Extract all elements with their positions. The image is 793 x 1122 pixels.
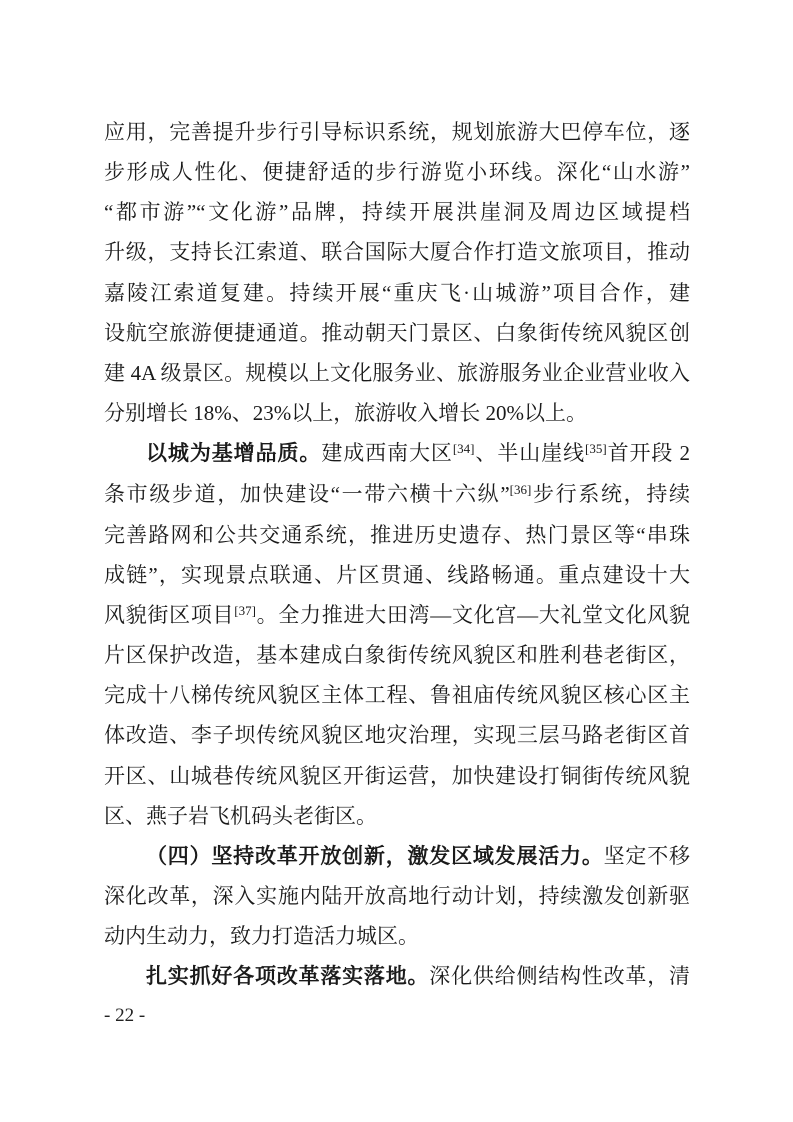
body-run: 建成西南大区 <box>321 441 453 465</box>
section-heading: （四）坚持改革开放创新，激发区域发展活力。 <box>146 844 604 868</box>
body-run: 深化供给侧结构性改革，清 <box>429 964 690 988</box>
text-line-06: 设航空旅游便捷通道。推动朝天门景区、白象街传统风貌区创 <box>104 313 690 353</box>
text-line-18: 区、燕子岩飞机码头老街区。 <box>104 796 690 836</box>
text-line-10: 条市级步道，加快建设“一带六横十六纵”[36]步行系统，持续 <box>104 474 690 514</box>
body-run: 条市级步道，加快建设“一带六横十六纵” <box>104 482 510 506</box>
body-run: 步行系统，持续 <box>531 482 690 506</box>
text-line-08: 分别增长 18%、23%以上，旅游收入增长 20%以上。 <box>104 393 690 433</box>
body-run: 。全力推进大田湾—文化宫—大礼堂文化风貌 <box>256 603 690 627</box>
text-line-21: 动内生动力，致力打造活力城区。 <box>104 916 690 956</box>
text-line-15: 完成十八梯传统风貌区主体工程、鲁祖庙传统风貌区核心区主 <box>104 675 690 715</box>
body-run: 风貌街区项目 <box>104 603 234 627</box>
text-line-14: 片区保护改造，基本建成白象街传统风貌区和胜利巷老街区， <box>104 635 690 675</box>
text-line-12: 成链”，实现景点联通、片区贯通、线路畅通。重点建设十大 <box>104 555 690 595</box>
text-line-05: 嘉陵江索道复建。持续开展“重庆飞·山城游”项目合作，建 <box>104 273 690 313</box>
text-line-02: 步形成人性化、便捷舒适的步行游览小环线。深化“山水游” <box>104 152 690 192</box>
text-line-19: （四）坚持改革开放创新，激发区域发展活力。坚定不移 <box>104 836 690 876</box>
footnote-ref-36: [36] <box>510 482 532 497</box>
text-block: 应用，完善提升步行引导标识系统，规划旅游大巴停车位，逐 步形成人性化、便捷舒适的… <box>104 112 690 997</box>
text-line-22: 扎实抓好各项改革落实落地。深化供给侧结构性改革，清 <box>104 956 690 997</box>
text-line-16: 体改造、李子坝传统风貌区地灾治理，实现三层马路老街区首 <box>104 715 690 755</box>
text-line-20: 深化改革，深入实施内陆开放高地行动计划，持续激发创新驱 <box>104 876 690 916</box>
paragraph-lead-bold: 扎实抓好各项改革落实落地。 <box>146 965 429 988</box>
body-run: 坚定不移 <box>604 844 690 868</box>
footnote-ref-37: [37] <box>234 603 256 618</box>
text-line-09: 以城为基增品质。建成西南大区[34]、半山崖线[35]首开段 2 <box>104 433 690 474</box>
body-run: 、半山崖线 <box>475 441 586 465</box>
text-line-11: 完善路网和公共交通系统，推进历史遗存、热门景区等“串珠 <box>104 515 690 555</box>
page-number: - 22 - <box>104 1005 145 1027</box>
text-line-04: 升级，支持长江索道、联合国际大厦合作打造文旅项目，推动 <box>104 232 690 272</box>
paragraph-lead-bold: 以城为基增品质。 <box>146 442 321 465</box>
text-line-13: 风貌街区项目[37]。全力推进大田湾—文化宫—大礼堂文化风貌 <box>104 595 690 635</box>
footnote-ref-35: [35] <box>585 441 607 456</box>
footnote-ref-34: [34] <box>453 441 475 456</box>
text-line-07: 建 4A 级景区。规模以上文化服务业、旅游服务业企业营业收入 <box>104 353 690 393</box>
text-line-01: 应用，完善提升步行引导标识系统，规划旅游大巴停车位，逐 <box>104 112 690 152</box>
document-page: 应用，完善提升步行引导标识系统，规划旅游大巴停车位，逐 步形成人性化、便捷舒适的… <box>0 0 793 1122</box>
text-line-17: 开区、山城巷传统风貌区开街运营，加快建设打铜街传统风貌 <box>104 756 690 796</box>
text-line-03: “都市游”“文化游”品牌，持续开展洪崖洞及周边区域提档 <box>104 192 690 232</box>
body-run: 首开段 2 <box>607 441 690 465</box>
